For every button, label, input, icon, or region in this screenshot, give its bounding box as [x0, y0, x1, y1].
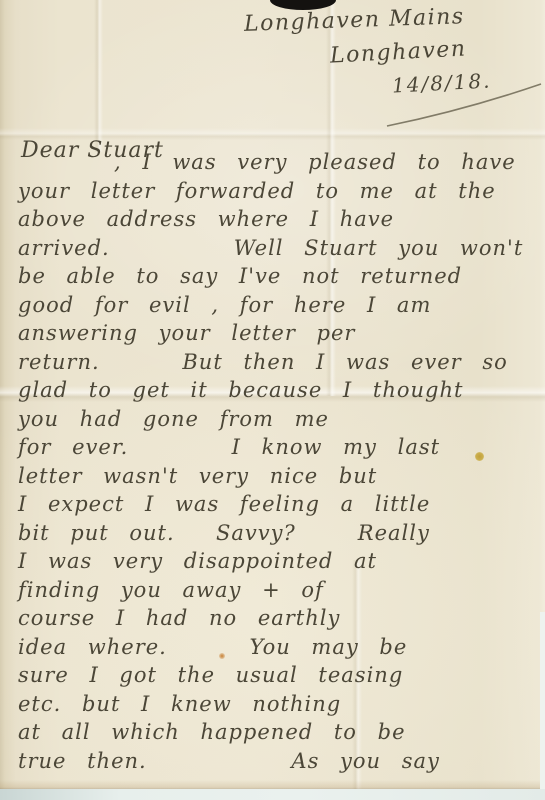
letter-line: true then. As you say	[18, 747, 533, 776]
letter-line: be able to say I've not returned	[18, 262, 533, 291]
letter-line: course I had no earthly	[18, 604, 533, 633]
paper-bottom-edge-shadow	[0, 780, 545, 789]
paper-crease-vertical-left	[94, 0, 103, 152]
letter-line: I expect I was feeling a little	[18, 490, 533, 519]
letter-line: you had gone from me	[18, 405, 533, 434]
letter-line: bit put out. Savvy? Really	[18, 519, 533, 548]
letter-line: for ever. I know my last	[18, 433, 533, 462]
letter-line: , I was very pleased to have	[18, 148, 533, 177]
letter-line: idea where. You may be	[18, 633, 533, 662]
letter-line: etc. but I knew nothing	[18, 690, 533, 719]
letter-line: good for evil , for here I am	[18, 291, 533, 320]
letter-line: answering your letter per	[18, 319, 533, 348]
letter-line: your letter forwarded to me at the	[18, 177, 533, 206]
letter-line: glad to get it because I thought	[18, 376, 533, 405]
letter-line: arrived. Well Stuart you won't	[18, 234, 533, 263]
date-underline-flourish	[383, 78, 545, 130]
letter-line: at all which happened to be	[18, 718, 533, 747]
letter-line: letter wasn't very nice but	[18, 462, 533, 491]
letter-line: return. But then I was ever so	[18, 348, 533, 377]
scan-edge-right	[540, 612, 545, 789]
letter-line: finding you away + of	[18, 576, 533, 605]
letter-line: I was very disappointed at	[18, 547, 533, 576]
scan-edge-bottom	[0, 789, 545, 800]
letter-line: sure I got the usual teasing	[18, 661, 533, 690]
scanned-letter: Longhaven Mains Longhaven 14/8/18. Dear …	[0, 0, 545, 800]
letter-line: above address where I have	[18, 205, 533, 234]
letter-body: , I was very pleased to haveyour letter …	[18, 148, 533, 775]
